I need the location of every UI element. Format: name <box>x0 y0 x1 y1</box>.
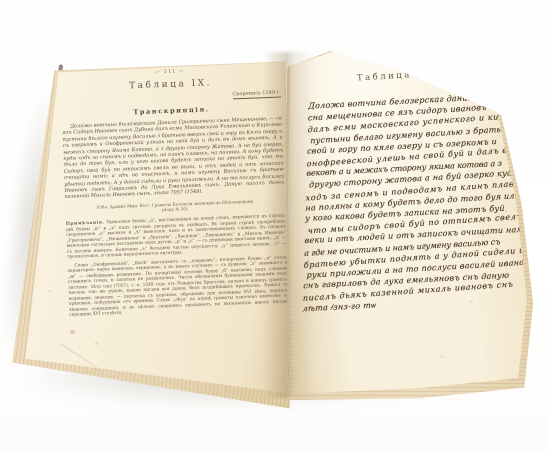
left-page-content: — 111 — Таблица IX. Скоропись 1549 г. Тр… <box>60 65 289 319</box>
foxing-spot <box>440 355 444 358</box>
archive-citation: (Обл. Архивъ Мин. Юст. Грамоты Коллегіи … <box>95 198 255 215</box>
transcription-text: Доложа вотчина бѣлозерскаго Данила Григо… <box>62 116 285 201</box>
right-page-number: — 112 — <box>297 54 495 72</box>
foxing-spot <box>70 330 75 334</box>
left-page: — 111 — Таблица IX. Скоропись 1549 г. Тр… <box>20 55 295 400</box>
right-page: — 112 — Таблица IX. Скоропись 1549 года.… <box>283 42 535 394</box>
foxing-spot <box>180 300 183 303</box>
notes-paragraph-2: Слова „Онофреевской“, „Кялѣ“ выступаютъ … <box>67 255 289 318</box>
foxing-spot <box>95 342 98 345</box>
notes-paragraph-1: Примѣчанія. Выносныя буквы „д“, выставле… <box>66 214 287 261</box>
photo-background: { "photo": { "background_color": "#fffff… <box>0 0 550 450</box>
foxing-spot <box>505 210 507 212</box>
manuscript-facsimile: Доложа вотчина белозерскаг данила григор… <box>302 90 506 315</box>
foxing-spot <box>48 290 51 292</box>
right-page-content: — 112 — Таблица IX. Скоропись 1549 года.… <box>297 54 509 314</box>
foxing-spot <box>470 300 473 303</box>
